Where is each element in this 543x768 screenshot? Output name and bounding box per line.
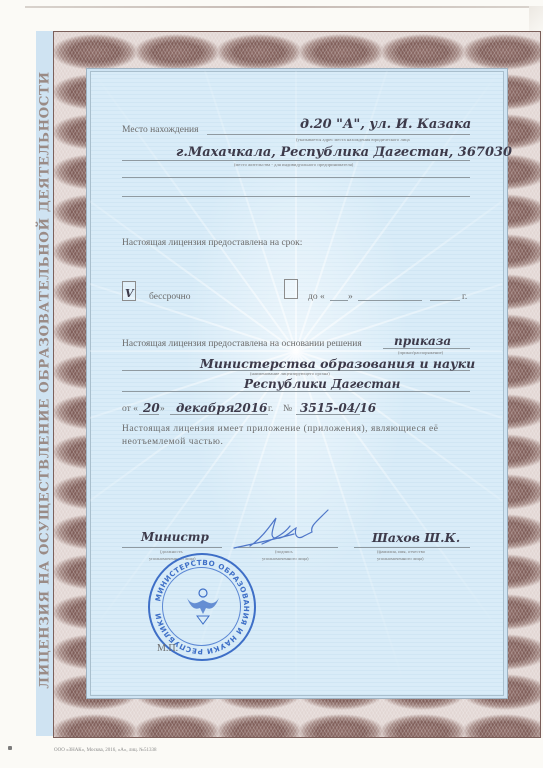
date-prefix: от « (122, 404, 138, 414)
appendix-note-line-1: Настоящая лицензия имеет приложение (при… (122, 424, 438, 434)
name-hint-2: уполномоченного лица) (377, 556, 424, 561)
scan-mark (8, 746, 12, 750)
number-label: № (283, 404, 292, 414)
position: Министр (141, 530, 209, 544)
signatory-name: Шахов Ш.К. (372, 530, 460, 545)
limited-year-line (430, 300, 460, 301)
address-line-1: д.20 "А", ул. И. Казака (300, 117, 471, 132)
term-heading: Настоящая лицензия предоставлена на срок… (122, 238, 302, 248)
name-line (354, 547, 470, 548)
stamp-inner-ring (162, 567, 241, 646)
location-line-4 (122, 196, 470, 197)
limited-middle: » (348, 292, 353, 302)
authority-line-2 (122, 391, 470, 392)
authority-line-1-text: Министерства образования и науки (200, 356, 475, 371)
year-suffix: г. (268, 404, 273, 414)
location-line-2 (122, 160, 470, 161)
unlimited-checkbox[interactable]: V (122, 281, 136, 301)
order-number: 3515-04/16 (300, 401, 376, 415)
location-line-1 (207, 134, 470, 135)
signature-scribble (232, 508, 332, 558)
printer-info: ООО «ЗНАК», Москва, 2016, «А», лиц. №513… (54, 748, 156, 753)
seal-label: М.П. (157, 643, 178, 654)
appendix-note-line-2: неотъемлемой частью. (122, 437, 223, 447)
doc-type-hint: (приказ/распоряжение) (398, 350, 443, 355)
position-line (122, 547, 222, 548)
side-title: ЛИЦЕНЗИЯ НА ОСУЩЕСТВЛЕНИЕ ОБРАЗОВАТЕЛЬНО… (38, 71, 53, 688)
year: 2016 (234, 401, 267, 415)
month: декабря (176, 401, 234, 415)
doc-type-line (383, 348, 470, 349)
name-hint-1: (фамилия, имя, отчество (377, 549, 425, 554)
check-mark: V (125, 287, 134, 300)
location-line-3 (122, 177, 470, 178)
unlimited-label: бессрочно (149, 292, 190, 302)
basis-heading: Настоящая лицензия предоставлена на осно… (122, 339, 362, 349)
address-line-2: г.Махачкала, Республика Дагестан, 367030 (176, 145, 512, 160)
day-suffix: » (160, 404, 165, 414)
day: 20 (143, 401, 160, 415)
authority-line-2-text: Республики Дагестан (244, 377, 400, 391)
limited-day-line (330, 300, 348, 301)
location-label: Место нахождения (122, 125, 199, 135)
doc-type: приказа (394, 334, 451, 348)
eagle-emblem-icon (183, 586, 223, 626)
authority-hint: (наименование лицензирующего органа) (250, 371, 330, 376)
address-hint-2: (место жительства - для индивидуального … (234, 162, 353, 167)
paper-edge (25, 6, 533, 8)
position-hint-1: (должность (160, 549, 183, 554)
limited-suffix: г. (462, 292, 467, 302)
address-hint-1: (указывается адрес места нахождения юрид… (296, 137, 410, 142)
limited-month-line (358, 300, 422, 301)
limited-checkbox[interactable] (284, 279, 298, 299)
limited-prefix: до « (308, 292, 325, 302)
